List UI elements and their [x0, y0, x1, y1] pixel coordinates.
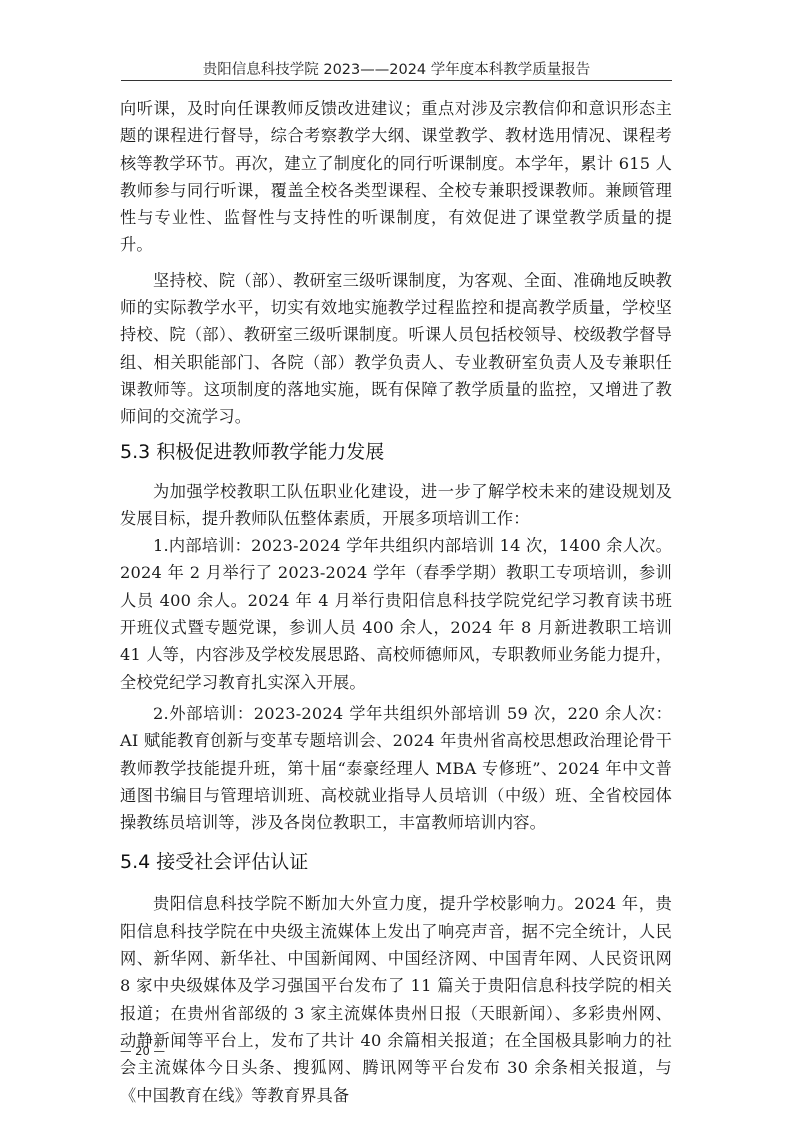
paragraph-listening-system: 坚持校、院（部）、教研室三级听课制度，为客观、全面、准确地反映教师的实际教学水平… — [120, 267, 672, 431]
paragraph-internal-training: 1.内部培训：2023-2024 学年共组织内部培训 14 次，1400 余人次… — [120, 532, 672, 696]
paragraph-continued: 向听课，及时向任课教师反馈改进建议；重点对涉及宗教信仰和意识形态主题的课程进行督… — [120, 95, 672, 259]
running-header: 贵阳信息科技学院 2023——2024 学年度本科教学质量报告 — [123, 60, 670, 80]
paragraph-external-training: 2.外部培训：2023-2024 学年共组织外部培训 59 次，220 余人次：… — [120, 700, 672, 836]
paragraph-media-coverage: 贵阳信息科技学院不断加大外宣力度，提升学校影响力。2024 年，贵阳信息科技学院… — [120, 890, 672, 1108]
section-heading-5-3: 5.3 积极促进教师教学能力发展 — [120, 438, 672, 466]
page-body: 向听课，及时向任课教师反馈改进建议；重点对涉及宗教信仰和意识形态主题的课程进行督… — [120, 95, 672, 1109]
paragraph-training-intro: 为加强学校教职工队伍职业化建设，进一步了解学校未来的建设规划及发展目标，提升教师… — [120, 478, 672, 533]
section-heading-5-4: 5.4 接受社会评估认证 — [120, 848, 672, 876]
header-divider — [121, 80, 672, 81]
page-number: — 20 — — [120, 1044, 165, 1058]
